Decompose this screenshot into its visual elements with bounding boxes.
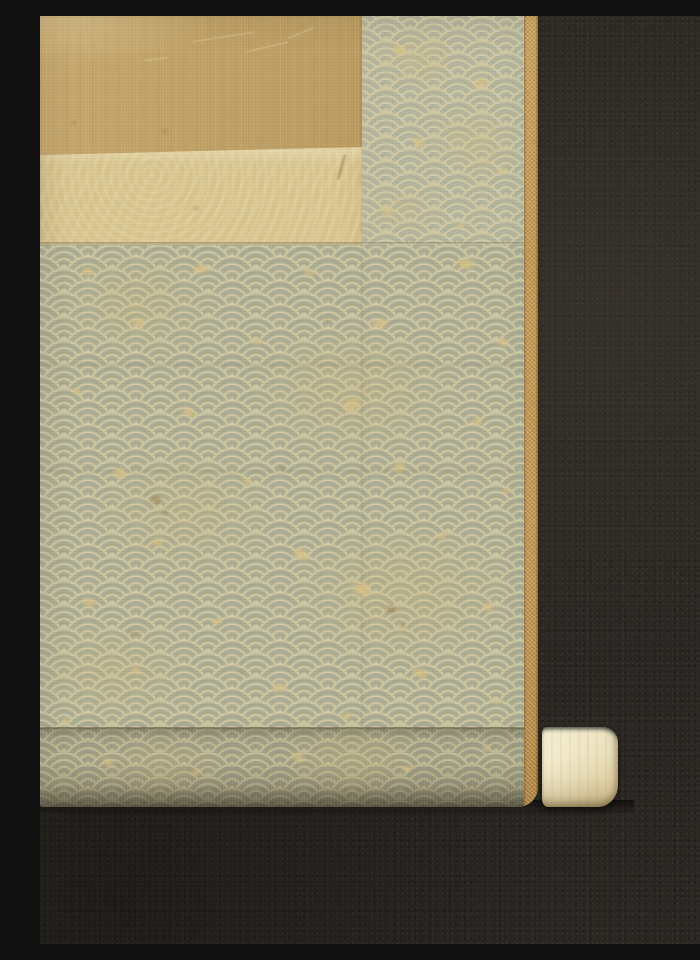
fabric-weave-overlay <box>40 16 538 807</box>
photo-background <box>40 16 700 944</box>
hanging-scroll <box>40 16 538 807</box>
ivory-roller-end-knob <box>542 727 618 807</box>
